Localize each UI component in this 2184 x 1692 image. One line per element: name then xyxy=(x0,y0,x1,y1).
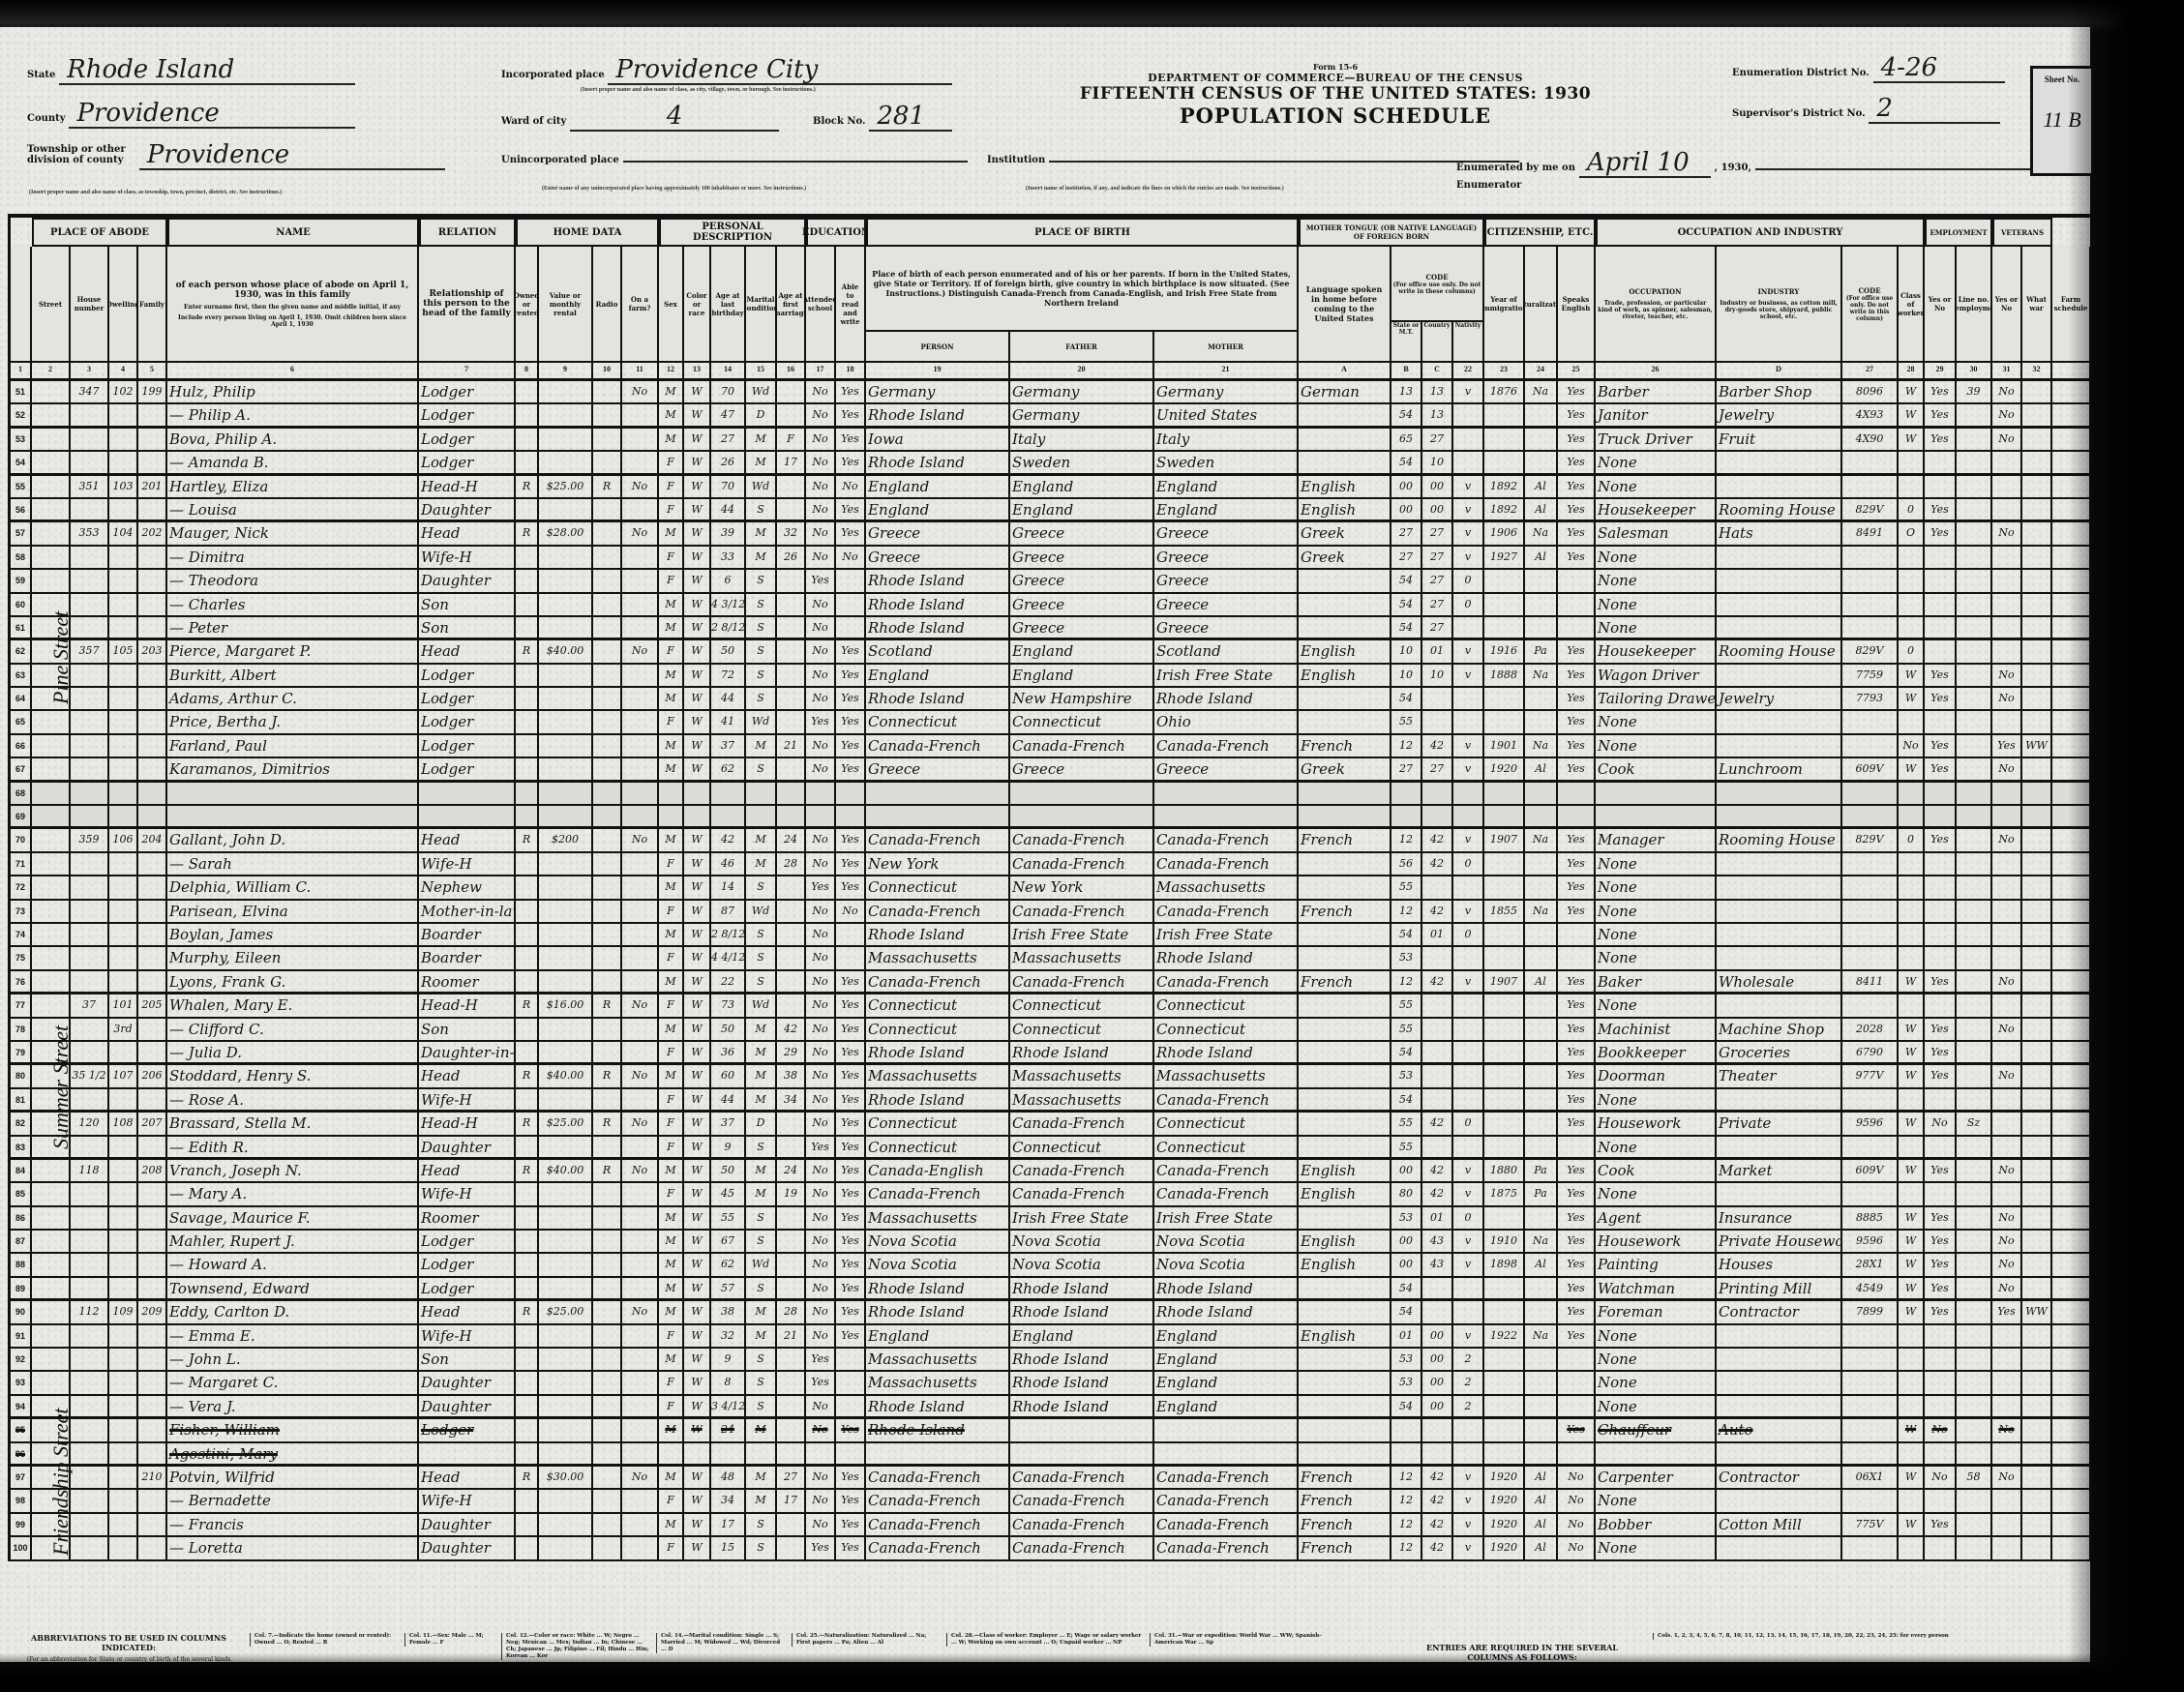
cell-unemp xyxy=(1957,1537,1992,1558)
cell-age: 8 xyxy=(711,1372,746,1393)
cell-language xyxy=(1299,1396,1391,1416)
cell-code-a: 00 xyxy=(1391,499,1422,519)
cell-work: Yes xyxy=(1925,758,1957,779)
cell-english xyxy=(1558,594,1596,615)
township-field: Township or other division of county Pro… xyxy=(27,141,472,170)
cell-english: Yes xyxy=(1558,522,1596,544)
cell-natur xyxy=(1525,947,1558,968)
cell-industry: Market xyxy=(1717,1160,1842,1181)
cell-vet: No xyxy=(1992,522,2022,544)
cell-race: W xyxy=(684,1254,711,1275)
cell-birth-person: Connecticut xyxy=(866,994,1010,1016)
cell-code-c xyxy=(1453,688,1484,709)
cell-marital: M xyxy=(746,452,777,472)
cell-language: French xyxy=(1299,1514,1391,1535)
cell-age: 22 xyxy=(711,971,746,992)
cell-code-c: v xyxy=(1453,476,1484,497)
cell-birth-person: Massachusetts xyxy=(866,947,1010,968)
cell-english: Yes xyxy=(1558,499,1596,519)
cell-sex: F xyxy=(659,499,684,519)
cell-line: 67 xyxy=(11,758,32,779)
cell-natur xyxy=(1525,1089,1558,1110)
cell-ind-code: 8885 xyxy=(1842,1207,1899,1229)
cell-code-c xyxy=(1453,1301,1484,1322)
cell-birth-person: Rhode Island xyxy=(866,404,1010,425)
col-hdr-sex: Sex xyxy=(659,247,684,363)
cell-street xyxy=(32,971,71,992)
cell-class xyxy=(1899,1183,1925,1204)
cell-family: 210 xyxy=(138,1467,167,1488)
cell-industry xyxy=(1717,1137,1842,1157)
cell-age-marr xyxy=(777,665,806,686)
cell-family: 201 xyxy=(138,476,167,497)
cell-sex: M xyxy=(659,924,684,945)
cell-farm: No xyxy=(622,994,659,1016)
cell-occupation: Doorman xyxy=(1596,1065,1717,1086)
cell-unemp xyxy=(1957,594,1992,615)
column-number: B xyxy=(1391,363,1422,378)
cell-marital: S xyxy=(746,499,777,519)
cell-work xyxy=(1925,1490,1957,1511)
supervisor-district-value: 2 xyxy=(1869,95,2000,124)
cell-school: No xyxy=(806,829,836,850)
cell-code-a: 53 xyxy=(1391,1372,1422,1393)
cell-class: 0 xyxy=(1899,640,1925,662)
cell-class: W xyxy=(1899,1042,1925,1062)
cell-unemp xyxy=(1957,617,1992,638)
cell-relation: Daughter xyxy=(419,1137,516,1157)
cell-read: Yes xyxy=(836,1278,866,1298)
cell-ind-code: 7793 xyxy=(1842,688,1899,709)
cell-unemp xyxy=(1957,404,1992,425)
cell-birth-mother: Canada-French xyxy=(1154,829,1299,850)
cell-industry: Houses xyxy=(1717,1254,1842,1275)
cell-sex: M xyxy=(659,1254,684,1275)
cell-school: No xyxy=(806,1065,836,1086)
cell-vet-war xyxy=(2022,1467,2052,1488)
cell-tenure xyxy=(516,783,539,804)
cell-street xyxy=(32,1278,71,1298)
cell-sex: F xyxy=(659,547,684,568)
cell-radio xyxy=(593,1019,622,1040)
cell-code-c: 0 xyxy=(1453,1207,1484,1229)
cell-language xyxy=(1299,429,1391,450)
cell-code-c: 2 xyxy=(1453,1396,1484,1416)
cell-marital xyxy=(746,806,777,826)
cell-vet xyxy=(1992,617,2022,638)
cell-class xyxy=(1899,1490,1925,1511)
group-home-data: HOME DATA xyxy=(516,218,659,247)
col-hdr-tenure: Owned or rented xyxy=(516,247,539,363)
cell-occupation: None xyxy=(1596,947,1717,968)
cell-dwelling xyxy=(109,1254,138,1275)
cell-school: No xyxy=(806,971,836,992)
cell-code-b: 27 xyxy=(1422,547,1453,568)
cell-natur: Al xyxy=(1525,499,1558,519)
cell-code-c xyxy=(1453,1089,1484,1110)
cell-unemp xyxy=(1957,1254,1992,1275)
cell-radio xyxy=(593,547,622,568)
code-description: (For office use only. Do not write in th… xyxy=(1391,282,1482,295)
cell-unemp xyxy=(1957,1443,1992,1464)
cell-read: No xyxy=(836,901,866,922)
cell-radio: R xyxy=(593,994,622,1016)
cell-age-marr xyxy=(777,1419,806,1440)
cell-industry: Theater xyxy=(1717,1065,1842,1086)
cell-school: No xyxy=(806,853,836,875)
cell-class: W xyxy=(1899,1019,1925,1040)
cell-birth-mother: Greece xyxy=(1154,570,1299,591)
cell-name: — John L. xyxy=(167,1349,419,1370)
cell-industry xyxy=(1717,947,1842,968)
cell-age-marr xyxy=(777,971,806,992)
cell-vet-war xyxy=(2022,711,2052,732)
cell-birth-person: England xyxy=(866,476,1010,497)
cell-race: W xyxy=(684,876,711,898)
cell-dwelling xyxy=(109,876,138,898)
cell-ind-code xyxy=(1842,1183,1899,1204)
cell-house xyxy=(71,1278,109,1298)
cell-immig: 1907 xyxy=(1484,971,1525,992)
cell-occupation: Chauffeur xyxy=(1596,1419,1717,1440)
cell-tenure: R xyxy=(516,640,539,662)
cell-code-a: 12 xyxy=(1391,1514,1422,1535)
census-sheet: State Rhode Island County Providence Tow… xyxy=(0,27,2090,1662)
cell-house xyxy=(71,547,109,568)
legend-col-31: Col. 31.—War or expedition: World War ..… xyxy=(1150,1633,1338,1647)
cell-farm: No xyxy=(622,476,659,497)
cell-vet xyxy=(1992,1113,2022,1134)
cell-unemp xyxy=(1957,688,1992,709)
cell-age-marr: 26 xyxy=(777,547,806,568)
cell-natur xyxy=(1525,429,1558,450)
cell-code-a: 56 xyxy=(1391,853,1422,875)
cell-name: — Theodora xyxy=(167,570,419,591)
cell-natur xyxy=(1525,1419,1558,1440)
cell-radio xyxy=(593,924,622,945)
cell-race: W xyxy=(684,1137,711,1157)
cell-unemp xyxy=(1957,711,1992,732)
cell-language xyxy=(1299,783,1391,804)
cell-language: Greek xyxy=(1299,758,1391,779)
cell-relation: Boarder xyxy=(419,924,516,945)
cell-birth-father xyxy=(1010,806,1154,826)
cell-race: W xyxy=(684,711,711,732)
cell-birth-person: Connecticut xyxy=(866,1137,1010,1157)
cell-ind-code: 06X1 xyxy=(1842,1467,1899,1488)
cell-code-a: 00 xyxy=(1391,476,1422,497)
cell-birth-mother: Greece xyxy=(1154,594,1299,615)
cell-english: Yes xyxy=(1558,476,1596,497)
enumerated-date-value: April 10 xyxy=(1579,149,1711,178)
cell-code-b xyxy=(1422,1065,1453,1086)
cell-work: Yes xyxy=(1925,735,1957,757)
cell-code-b: 42 xyxy=(1422,1537,1453,1558)
cell-relation: Head xyxy=(419,1467,516,1488)
cell-industry xyxy=(1717,735,1842,757)
table-row: 59— TheodoraDaughterFW6SYesRhode IslandG… xyxy=(11,570,2091,593)
cell-family xyxy=(138,783,167,804)
table-row: 58— DimitraWife-HFW33M26NoNoGreeceGreece… xyxy=(11,547,2091,570)
cell-class: W xyxy=(1899,971,1925,992)
cell-birth-father: Canada-French xyxy=(1010,1537,1154,1558)
margin-street-note-1: Pine Street xyxy=(48,611,74,704)
col-hdr-line xyxy=(11,247,32,363)
cell-code-c: v xyxy=(1453,1325,1484,1347)
cell-code-b: 42 xyxy=(1422,829,1453,850)
cell-age: 17 xyxy=(711,1514,746,1535)
cell-value: $200 xyxy=(539,829,593,850)
cell-code-a: 12 xyxy=(1391,735,1422,757)
cell-marital: S xyxy=(746,1349,777,1370)
cell-family xyxy=(138,1207,167,1229)
cell-school: No xyxy=(806,381,836,402)
cell-age-marr: 42 xyxy=(777,1019,806,1040)
col-hdr-work: Yes or No xyxy=(1925,247,1957,363)
cell-code-c xyxy=(1453,1419,1484,1440)
cell-birth-father: England xyxy=(1010,665,1154,686)
cell-farm xyxy=(622,1183,659,1204)
cell-read xyxy=(836,1396,866,1416)
cell-house xyxy=(71,1419,109,1440)
cell-race: W xyxy=(684,1042,711,1062)
cell-street xyxy=(32,1254,71,1275)
table-row: 63Burkitt, AlbertLodgerMW72SNoYesEngland… xyxy=(11,665,2091,688)
cell-immig: 1898 xyxy=(1484,1254,1525,1275)
enumerator-signature-line xyxy=(1755,168,2065,170)
cell-class: W xyxy=(1899,1231,1925,1252)
cell-code-b xyxy=(1422,783,1453,804)
cell-language xyxy=(1299,924,1391,945)
cell-class: W xyxy=(1899,665,1925,686)
cell-vet: No xyxy=(1992,404,2022,425)
cell-radio xyxy=(593,876,622,898)
cell-class xyxy=(1899,1349,1925,1370)
cell-class xyxy=(1899,783,1925,804)
cell-vet xyxy=(1992,1372,2022,1393)
cell-line: 53 xyxy=(11,429,32,450)
cell-house xyxy=(71,783,109,804)
cell-work xyxy=(1925,994,1957,1016)
cell-tenure xyxy=(516,947,539,968)
cell-line: 64 xyxy=(11,688,32,709)
cell-age: 44 xyxy=(711,1089,746,1110)
cell-unemp xyxy=(1957,1042,1992,1062)
cell-birth-person: Scotland xyxy=(866,640,1010,662)
cell-english: Yes xyxy=(1558,711,1596,732)
cell-birth-person: Rhode Island xyxy=(866,570,1010,591)
cell-code-a: 01 xyxy=(1391,1325,1422,1347)
table-row: 55351103201Hartley, ElizaHead-HR$25.00RN… xyxy=(11,476,2091,499)
cell-class xyxy=(1899,617,1925,638)
cell-house: 351 xyxy=(71,476,109,497)
cell-age-marr: 38 xyxy=(777,1065,806,1086)
cell-occupation: None xyxy=(1596,547,1717,568)
cell-language: English xyxy=(1299,1160,1391,1181)
col-hdr-code: CODE (For office use only. Do not write … xyxy=(1391,247,1484,363)
cell-tenure xyxy=(516,971,539,992)
cell-ind-code: 8096 xyxy=(1842,381,1899,402)
cell-birth-mother: Irish Free State xyxy=(1154,665,1299,686)
cell-radio xyxy=(593,522,622,544)
cell-street xyxy=(32,924,71,945)
cell-immig: 1920 xyxy=(1484,1467,1525,1488)
cell-sex: F xyxy=(659,1089,684,1110)
cell-language: English xyxy=(1299,1231,1391,1252)
cell-house: 37 xyxy=(71,994,109,1016)
cell-vet-war xyxy=(2022,381,2052,402)
cell-radio xyxy=(593,1278,622,1298)
cell-vet-war xyxy=(2022,429,2052,450)
cell-marital: S xyxy=(746,688,777,709)
cell-radio xyxy=(593,1467,622,1488)
cell-marital: Wd xyxy=(746,476,777,497)
cell-code-a: 54 xyxy=(1391,594,1422,615)
cell-natur xyxy=(1525,1207,1558,1229)
cell-radio xyxy=(593,570,622,591)
cell-occupation: Manager xyxy=(1596,829,1717,850)
cell-dwelling: 102 xyxy=(109,381,138,402)
cell-race: W xyxy=(684,1419,711,1440)
cell-value: $40.00 xyxy=(539,1065,593,1086)
cell-family xyxy=(138,1514,167,1535)
cell-read: Yes xyxy=(836,1160,866,1181)
cell-birth-person: England xyxy=(866,1325,1010,1347)
cell-unemp xyxy=(1957,783,1992,804)
incorporated-place-field: Incorporated place Providence City xyxy=(501,56,952,85)
cell-sex: F xyxy=(659,1372,684,1393)
cell-code-c xyxy=(1453,452,1484,472)
cell-street xyxy=(32,1231,71,1252)
cell-code-a: 54 xyxy=(1391,404,1422,425)
cell-immig: 1892 xyxy=(1484,499,1525,519)
cell-relation: Head xyxy=(419,1301,516,1322)
cell-industry xyxy=(1717,994,1842,1016)
cell-occupation: Cook xyxy=(1596,1160,1717,1181)
group-employment: EMPLOYMENT xyxy=(1925,218,1992,247)
cell-relation: Daughter xyxy=(419,1372,516,1393)
cell-marital: M xyxy=(746,735,777,757)
cell-age: 57 xyxy=(711,1278,746,1298)
cell-ind-code: 8491 xyxy=(1842,522,1899,544)
cell-class: O xyxy=(1899,522,1925,544)
cell-name: Brassard, Stella M. xyxy=(167,1113,419,1134)
cell-industry: Private Housework xyxy=(1717,1231,1842,1252)
cell-language: English xyxy=(1299,1183,1391,1204)
cell-value xyxy=(539,665,593,686)
cell-family: 199 xyxy=(138,381,167,402)
cell-sex: F xyxy=(659,1137,684,1157)
cell-english: Yes xyxy=(1558,404,1596,425)
cell-code-c: 0 xyxy=(1453,570,1484,591)
cell-family xyxy=(138,758,167,779)
cell-work: Yes xyxy=(1925,1042,1957,1062)
cell-unemp xyxy=(1957,1301,1992,1322)
cell-birth-person: Rhode Island xyxy=(866,1042,1010,1062)
institution-label: Institution xyxy=(987,155,1045,165)
cell-unemp xyxy=(1957,806,1992,826)
cell-sex: M xyxy=(659,594,684,615)
cell-natur: Na xyxy=(1525,1231,1558,1252)
column-number: 9 xyxy=(539,363,593,378)
cell-age-marr xyxy=(777,1537,806,1558)
cell-street xyxy=(32,429,71,450)
cell-farm: No xyxy=(622,829,659,850)
cell-language xyxy=(1299,1207,1391,1229)
cell-sex: F xyxy=(659,1113,684,1134)
cell-natur xyxy=(1525,617,1558,638)
cell-code-b: 27 xyxy=(1422,429,1453,450)
cell-language: French xyxy=(1299,829,1391,850)
cell-occupation: None xyxy=(1596,924,1717,945)
form-number: Form 15-6 xyxy=(1074,62,1597,72)
cell-vet xyxy=(1992,1042,2022,1062)
cell-line: 76 xyxy=(11,971,32,992)
cell-industry: Auto xyxy=(1717,1419,1842,1440)
cell-occupation: Housework xyxy=(1596,1231,1717,1252)
cell-code-b xyxy=(1422,1443,1453,1464)
cell-ind-code xyxy=(1842,1396,1899,1416)
cell-vet-war xyxy=(2022,594,2052,615)
col-hdr-english: Speaks English xyxy=(1558,247,1596,363)
cell-code-c: v xyxy=(1453,1231,1484,1252)
cell-unemp xyxy=(1957,499,1992,519)
cell-natur xyxy=(1525,1396,1558,1416)
table-row: 72Delphia, William C.NephewMW14SYesYesCo… xyxy=(11,876,2091,900)
cell-age: 33 xyxy=(711,547,746,568)
cell-class: 0 xyxy=(1899,829,1925,850)
cell-vet-war xyxy=(2022,829,2052,850)
cell-code-a: 00 xyxy=(1391,1231,1422,1252)
cell-family: 202 xyxy=(138,522,167,544)
cell-code-b: 27 xyxy=(1422,594,1453,615)
cell-ind-code xyxy=(1842,853,1899,875)
cell-class: W xyxy=(1899,1301,1925,1322)
cell-birth-father: New York xyxy=(1010,876,1154,898)
cell-name: — Bernadette xyxy=(167,1490,419,1511)
cell-birth-father: Greece xyxy=(1010,758,1154,779)
cell-farm xyxy=(622,617,659,638)
cell-farm xyxy=(622,947,659,968)
table-row: 51347102199Hulz, PhilipLodgerNoMW70WdNoY… xyxy=(11,381,2091,404)
cell-language: Greek xyxy=(1299,547,1391,568)
cell-age: 70 xyxy=(711,381,746,402)
cell-marital: S xyxy=(746,1396,777,1416)
cell-industry xyxy=(1717,783,1842,804)
cell-code-b: 01 xyxy=(1422,1207,1453,1229)
cell-occupation: Housekeeper xyxy=(1596,640,1717,662)
cell-ind-code xyxy=(1842,947,1899,968)
cell-unemp xyxy=(1957,1514,1992,1535)
cell-unemp xyxy=(1957,1160,1992,1181)
table-row: 93— Margaret C.DaughterFW8SYesMassachuse… xyxy=(11,1372,2091,1395)
cell-unemp xyxy=(1957,971,1992,992)
cell-radio xyxy=(593,1089,622,1110)
cell-read xyxy=(836,1443,866,1464)
table-row: 83— Edith R.DaughterFW9SYesYesConnecticu… xyxy=(11,1137,2091,1160)
cell-vet-war xyxy=(2022,499,2052,519)
block-label: Block No. xyxy=(813,116,866,127)
col-hdr-war: What war xyxy=(2022,247,2052,363)
cell-line: 65 xyxy=(11,711,32,732)
cell-vet xyxy=(1992,1325,2022,1347)
cell-name: Hartley, Eliza xyxy=(167,476,419,497)
cell-birth-mother: Nova Scotia xyxy=(1154,1231,1299,1252)
county-field: County Providence xyxy=(27,100,355,129)
cell-relation xyxy=(419,806,516,826)
cell-school: No xyxy=(806,1419,836,1440)
cell-occupation: Watchman xyxy=(1596,1278,1717,1298)
